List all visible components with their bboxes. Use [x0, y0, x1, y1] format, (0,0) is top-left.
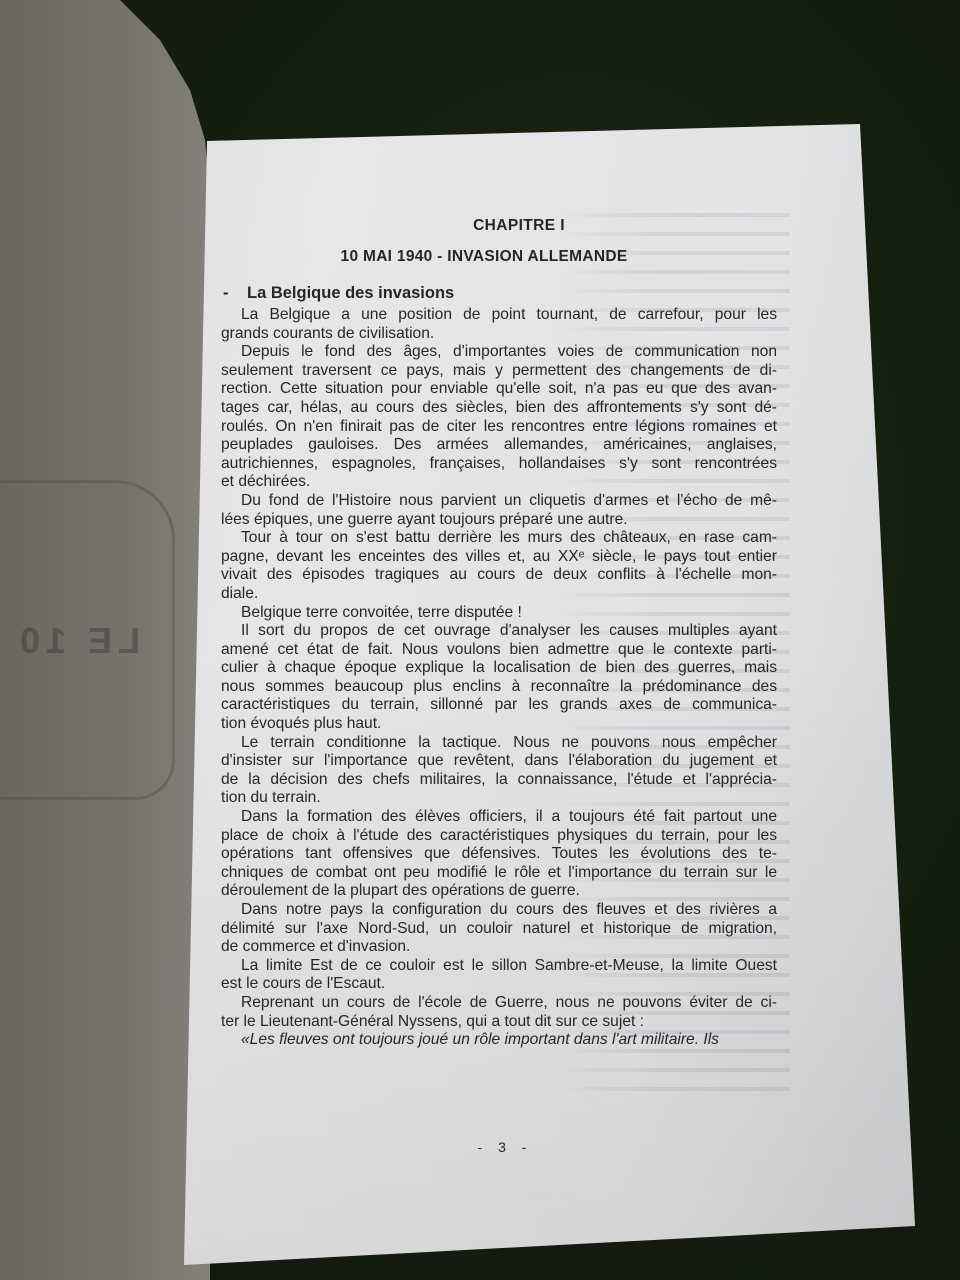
- text-line: Depuis le fond des âges, d'importantes v…: [221, 343, 777, 362]
- text-line: Le terrain conditionne la tactique. Nous…: [221, 734, 777, 753]
- text-line: place de choix à l'étude des caractérist…: [221, 827, 777, 846]
- text-line: roulés. On n'en finirait pas de citer le…: [221, 418, 777, 437]
- text-line: d'insister sur l'importance que revêtent…: [221, 752, 777, 771]
- text-line: Dans la formation des élèves officiers, …: [221, 808, 777, 827]
- text-line: Dans notre pays la configuration du cour…: [221, 901, 777, 920]
- text-line: Reprenant un cours de l'école de Guerre,…: [221, 994, 777, 1013]
- paragraph: Tour à tour on s'est battu derrière les …: [221, 529, 777, 603]
- paragraph: Belgique terre convoitée, terre disputée…: [221, 604, 777, 623]
- section-bullet: -: [221, 278, 247, 306]
- text-line: et déchirées.: [221, 473, 777, 492]
- paragraph: La Belgique a une position de point tour…: [221, 306, 777, 343]
- text-line: La limite Est de ce couloir est le sillo…: [221, 957, 777, 976]
- text-line: chniques de combat ont peu modifié le rô…: [221, 864, 777, 883]
- text-line: La Belgique a une position de point tour…: [221, 306, 777, 325]
- text-line: diale.: [221, 585, 777, 604]
- page-text: CHAPITRE I 10 MAI 1940 - INVASION ALLEMA…: [221, 212, 777, 1050]
- paragraph: Reprenant un cours de l'école de Guerre,…: [221, 994, 777, 1031]
- text-line: Il sort du propos de cet ouvrage d'analy…: [221, 622, 777, 641]
- text-line: amené cet état de fait. Nous voulons bie…: [221, 641, 777, 660]
- text-line: de commerce et d'invasion.: [221, 938, 777, 957]
- text-line: Du fond de l'Histoire nous parvient un c…: [221, 492, 777, 511]
- text-line: tages car, hélas, au cours des siècles, …: [221, 399, 777, 418]
- paragraph: Dans notre pays la configuration du cour…: [221, 901, 777, 957]
- paragraph: Il sort du propos de cet ouvrage d'analy…: [221, 622, 777, 734]
- text-line: opérations tant offensives que défensive…: [221, 845, 777, 864]
- text-line: est le cours de l'Escaut.: [221, 975, 777, 994]
- text-line: rection. Cette situation pour enviable q…: [221, 380, 777, 399]
- text-line: seulement traversent ce pays, mais y per…: [221, 362, 777, 381]
- text-line: caractéristiques du terrain, sillonné pa…: [221, 696, 777, 715]
- left-facing-page: LE 10: [0, 0, 215, 1280]
- section-title: La Belgique des invasions: [247, 278, 454, 306]
- text-line: délimité sur l'axe Nord-Sud, un couloir …: [221, 920, 777, 939]
- text-line: grands courants de civilisation.: [221, 325, 777, 344]
- text-line: autrichiennes, espagnoles, françaises, h…: [221, 455, 777, 474]
- paragraph: Dans la formation des élèves officiers, …: [221, 808, 777, 901]
- text-line: tion du terrain.: [221, 789, 777, 808]
- photo-scene: LE 10 CHAPITRE I 10 MAI 1940 - INVASION …: [0, 0, 960, 1280]
- paragraph: Le terrain conditionne la tactique. Nous…: [221, 734, 777, 808]
- text-line: de la décision des chefs militaires, la …: [221, 771, 777, 790]
- paragraph: Du fond de l'Histoire nous parvient un c…: [221, 492, 777, 529]
- page-number: - 3 -: [470, 1139, 540, 1155]
- paragraph: La limite Est de ce couloir est le sillo…: [221, 957, 777, 994]
- text-line: «Les fleuves ont toujours joué un rôle i…: [221, 1031, 777, 1050]
- chapter-subtitle: 10 MAI 1940 - INVASION ALLEMANDE: [191, 240, 777, 278]
- text-line: lées épiques, une guerre ayant toujours …: [221, 511, 777, 530]
- text-line: tion évoqués plus haut.: [221, 715, 777, 734]
- text-line: Belgique terre convoitée, terre disputée…: [221, 604, 777, 623]
- paragraph: Depuis le fond des âges, d'importantes v…: [221, 343, 777, 492]
- text-line: peuplades gauloises. Des armées allemand…: [221, 436, 777, 455]
- text-line: Tour à tour on s'est battu derrière les …: [221, 529, 777, 548]
- chapter-heading: CHAPITRE I: [261, 212, 777, 240]
- text-line: déroulement de la plupart des opérations…: [221, 882, 777, 901]
- quotation-paragraph: «Les fleuves ont toujours joué un rôle i…: [221, 1031, 777, 1050]
- text-line: pagne, devant les enceintes des villes e…: [221, 548, 777, 567]
- text-line: vivait des épisodes tragiques au cours d…: [221, 566, 777, 585]
- text-line: nous sommes beaucoup plus enclins à reco…: [221, 678, 777, 697]
- body-paragraphs: La Belgique a une position de point tour…: [221, 306, 777, 1050]
- section-heading: - La Belgique des invasions: [221, 278, 777, 306]
- cover-title-showthrough: LE 10: [0, 620, 140, 662]
- text-line: ter le Lieutenant-Général Nyssens, qui a…: [221, 1013, 777, 1032]
- text-line: culier à chaque époque explique la local…: [221, 659, 777, 678]
